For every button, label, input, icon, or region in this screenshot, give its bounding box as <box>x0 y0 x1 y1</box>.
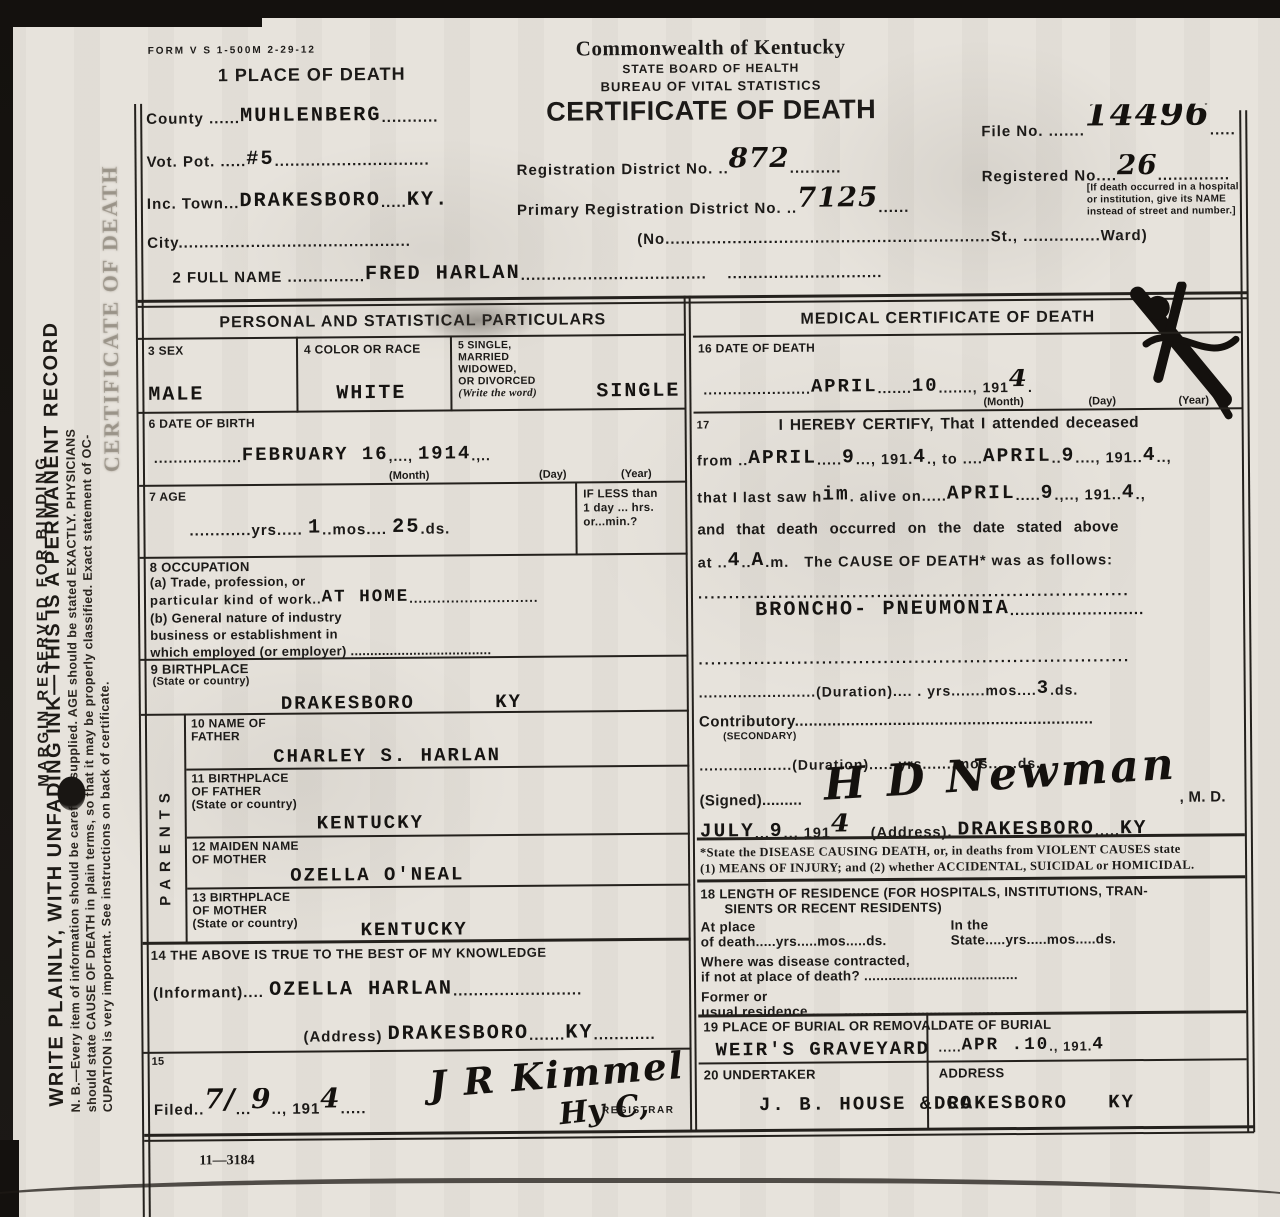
dob-year-sub: (Year) <box>621 468 652 480</box>
footnote-line2: (1) MEANS OF INJURY; and (2) whether ACC… <box>700 858 1194 877</box>
contracted-line: if not at place of death? ..............… <box>701 965 1246 984</box>
occupation-b1: (b) General nature of industry <box>150 609 342 626</box>
primary-district-line: Primary Registration District No. ..7125… <box>517 185 977 222</box>
dob-day-sub: (Day) <box>539 469 567 481</box>
marital-value: SINGLE <box>596 380 680 404</box>
state-board-line: STATE BOARD OF HEALTH <box>516 60 906 77</box>
father-label: 10 NAME OF FATHER <box>191 717 266 744</box>
race-label: 4 COLOR OR RACE <box>304 342 421 357</box>
form-number: FORM V S 1-500M 2-29-12 <box>148 45 316 57</box>
birthplace-sub: (State or country) <box>153 675 250 688</box>
certificate-title: CERTIFICATE OF DEATH <box>501 94 921 128</box>
at-place-label: At place <box>701 919 756 934</box>
commonwealth-title: Commonwealth of Kentucky <box>516 34 906 62</box>
sex-value: MALE <box>148 383 204 406</box>
inc-town-line: Inc. Town...DRAKESBORO.....KY. <box>147 190 522 216</box>
father-birthplace-label: 11 BIRTHPLACE OF FATHER (State or countr… <box>191 772 297 812</box>
last-saw-line: that I last saw him. alive on.....APRIL.… <box>697 482 1242 508</box>
at-place-line: of death.....yrs.....mos.....ds. <box>701 933 887 949</box>
line <box>697 875 1245 882</box>
undertaker-address-label: ADDRESS <box>939 1065 1005 1081</box>
filed-section-number: 15 <box>152 1056 165 1068</box>
dotted-line: ........................................… <box>698 647 1243 668</box>
county-line: County ......MUHLENBERG........... <box>146 105 521 131</box>
hospital-note: [If death occurred in a hospital or inst… <box>1087 181 1245 218</box>
bureau-line: BUREAU OF VITAL STATISTICS <box>516 77 906 95</box>
signed-date-address-line: JULY...9.., 1914 (Address). DRAKESBORO..… <box>700 810 1245 845</box>
dod-year-sub: (Year) <box>1178 395 1209 407</box>
age-value: ............yrs..... 1..mos.... 25.ds. <box>189 517 450 542</box>
race-value: WHITE <box>336 382 406 406</box>
burial-place-label: 19 PLACE OF BURIAL OR REMOVAL <box>703 1018 939 1035</box>
undertaker-label: 20 UNDERTAKER <box>704 1067 816 1083</box>
city-street-ward-line: (No.....................................… <box>637 226 1222 248</box>
line <box>575 481 578 555</box>
burial-place-value: WEIR'S GRAVEYARD <box>715 1038 930 1062</box>
cause-of-death-value: BRONCHO- PNEUMONIA......................… <box>755 597 1243 624</box>
age-label: 7 AGE <box>149 490 186 504</box>
full-name-line: 2 FULL NAME ...............FRED HARLAN..… <box>172 258 1240 289</box>
occupation-a2: particular kind of work..AT HOME........… <box>150 587 685 611</box>
death-occurred-line: and that death occurred on the date stat… <box>697 518 1118 538</box>
personal-section-title: PERSONAL AND STATISTICAL PARTICULARS <box>143 311 683 333</box>
in-the-label: In the <box>951 917 989 932</box>
md-label: , M. D. <box>1179 788 1225 805</box>
mother-value: OZELLA O'NEAL <box>290 863 464 886</box>
city-line: City....................................… <box>147 231 627 252</box>
mother-birthplace-label: 13 BIRTHPLACE OF MOTHER (State or countr… <box>192 891 298 931</box>
line <box>140 553 688 559</box>
informant-line: (Informant).... OZELLA HARLAN...........… <box>153 978 688 1005</box>
margin-nb-note: N. B.—Every item of information should b… <box>63 428 116 1112</box>
if-less-label: IF LESS than 1 day ... hrs. or...min.? <box>583 487 658 530</box>
line <box>450 335 453 411</box>
truth-statement: 14 THE ABOVE IS TRUE TO THE BEST OF MY K… <box>151 945 547 963</box>
dod-month-sub: (Month) <box>983 396 1023 408</box>
mother-birthplace-value: KENTUCKY <box>360 918 467 941</box>
in-state-line: State.....yrs.....mos.....ds. <box>951 931 1117 947</box>
death-certificate-scan: MARGIN RESERVED FOR BINDING WRITE PLAINL… <box>0 0 1280 1217</box>
line <box>184 714 188 944</box>
mother-label: 12 MAIDEN NAME OF MOTHER <box>192 840 299 867</box>
tilted-paper: MARGIN RESERVED FOR BINDING WRITE PLAINL… <box>0 0 1280 1217</box>
duration-line: ........................(Duration).... .… <box>699 677 1244 703</box>
marital-label: 5 SINGLE, MARRIED WIDOWED, OR DIVORCED <box>458 339 536 388</box>
ink-blot <box>57 776 85 810</box>
contributory-line: Contributory............................… <box>699 709 1244 730</box>
hour-cause-line: at ..4..A.m. The CAUSE OF DEATH* was as … <box>698 547 1243 573</box>
residence-label-2: SIENTS OR RECENT RESIDENTS) <box>724 900 942 917</box>
line <box>187 833 690 839</box>
dob-value: ..................FEBRUARY 16,..., 1914.… <box>154 443 684 469</box>
vot-pot-line: Vot. Pot. .....#5.......................… <box>146 148 521 174</box>
filed-line: Filed..7/...9.., 1914..... <box>154 1086 454 1121</box>
registrar-label: REGISTRAR <box>602 1105 674 1117</box>
sex-label: 3 SEX <box>148 344 184 358</box>
occupation-label: 8 OCCUPATION <box>150 559 250 575</box>
attended-from-line: from ..APRIL.....9..., 191.4., to ....AP… <box>697 445 1242 471</box>
print-code: 11—3184 <box>199 1153 254 1169</box>
occupation-b2: business or establishment in <box>150 626 338 642</box>
marital-sub: (Write the word) <box>458 387 537 400</box>
dob-label: 6 DATE OF BIRTH <box>149 416 255 431</box>
line <box>138 334 686 340</box>
date-of-death-label: 16 DATE OF DEATH <box>698 341 815 356</box>
date-of-death-value: ......................APRIL.......10....… <box>703 367 1238 401</box>
burial-date-label: DATE OF BURIAL <box>938 1017 1051 1033</box>
line <box>296 337 299 413</box>
occupation-a1: (a) Trade, profession, or <box>150 574 306 590</box>
father-value: CHARLEY S. HARLAN <box>273 744 501 768</box>
place-of-death-label: 1 PLACE OF DEATH <box>218 64 406 86</box>
informant-address-line: (Address) DRAKESBORO.......KY...........… <box>303 1023 691 1049</box>
physician-signature: H D Newman <box>822 739 1178 811</box>
undertaker-address-value: DRAKESBORO KY <box>934 1091 1135 1115</box>
residence-label-1: 18 LENGTH OF RESIDENCE (FOR HOSPITALS, I… <box>700 883 1148 902</box>
burial-date-value: .....APR .10., 191.4 <box>938 1035 1243 1057</box>
parents-label: PARENTS <box>156 786 174 906</box>
file-no-line: File No. .......14496..... <box>981 103 1241 145</box>
dob-month-sub: (Month) <box>389 470 429 482</box>
contracted-label: Where was disease contracted, <box>701 953 910 970</box>
ghost-stamp: CERTIFICATE OF DEATH <box>97 164 125 472</box>
registration-district-line: Registration District No. ..872.........… <box>516 146 956 182</box>
father-birthplace-value: KENTUCKY <box>317 812 424 835</box>
former-label: Former or <box>701 989 768 1005</box>
signed-label: (Signed)......... <box>700 792 803 810</box>
line <box>139 408 687 414</box>
dod-day-sub: (Day) <box>1088 395 1116 407</box>
certify-line: I HEREBY CERTIFY, That I attended deceas… <box>779 414 1139 435</box>
section-17-number: 17 <box>697 419 710 431</box>
secondary-sub: (SECONDARY) <box>723 731 797 743</box>
